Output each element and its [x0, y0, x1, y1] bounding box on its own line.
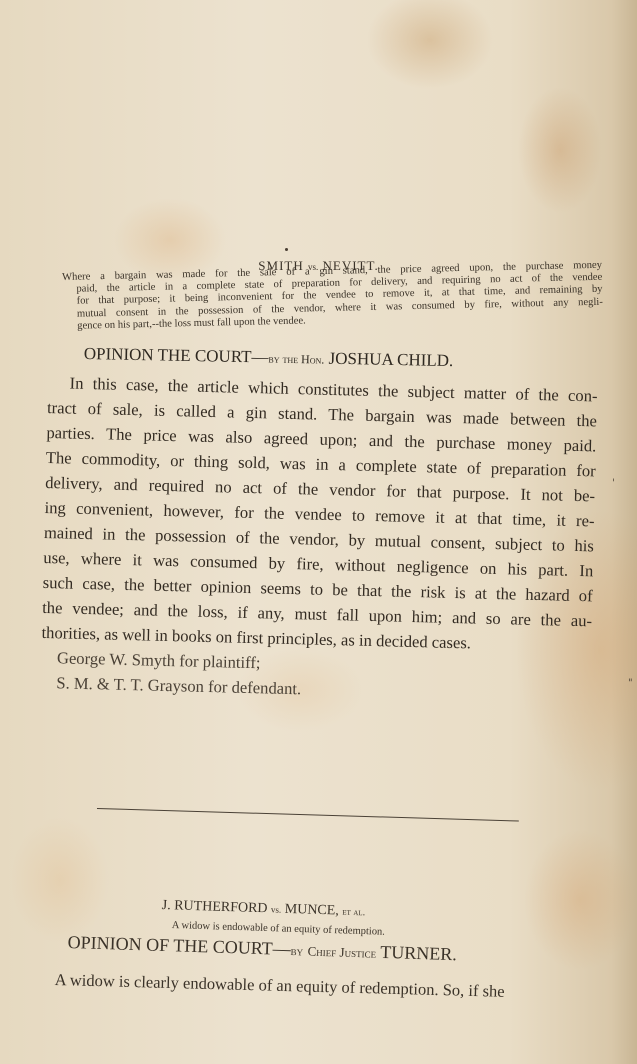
- case2-vs: vs.: [271, 904, 282, 914]
- opinion-heading: OPINION THE COURT—by the Hon. JOSHUA CHI…: [84, 344, 594, 374]
- document-page: SMITH vs. NEVITT. Where a bargain was ma…: [0, 0, 637, 1064]
- opinion-heading-main: OPINION THE COURT—: [84, 344, 269, 367]
- case2-et-al: et al.: [342, 907, 365, 919]
- opinion-body: In this case, the article which constitu…: [40, 370, 598, 708]
- margin-mark: ": [628, 678, 633, 689]
- case-headnote: Where a bargain was made for the sale of…: [62, 260, 603, 333]
- case2-opinion-heading-main: OPINION OF THE COURT—: [67, 932, 291, 959]
- case2-defendant: MUNCE,: [285, 902, 340, 919]
- ink-dot: [285, 248, 288, 251]
- case2-judge-title: Chief Justice: [307, 944, 376, 961]
- opinion-heading-by: by the Hon.: [268, 352, 324, 367]
- case2-title: J. RUTHERFORD vs. MUNCE, et al.: [161, 898, 365, 920]
- case2-headnote: A widow is endowable of an equity of red…: [172, 920, 385, 938]
- case2-opinion-heading: OPINION OF THE COURT—by Chief Justice TU…: [67, 932, 457, 965]
- case2-opinion-heading-by: by: [290, 943, 303, 958]
- section-divider: [97, 808, 519, 822]
- margin-mark: ': [612, 478, 615, 489]
- case2-plaintiff: J. RUTHERFORD: [162, 898, 268, 916]
- case2-opinion-line: A widow is clearly endowable of an equit…: [54, 970, 504, 1002]
- opinion-judge: JOSHUA CHILD.: [328, 349, 453, 370]
- case2-judge: TURNER.: [380, 942, 457, 964]
